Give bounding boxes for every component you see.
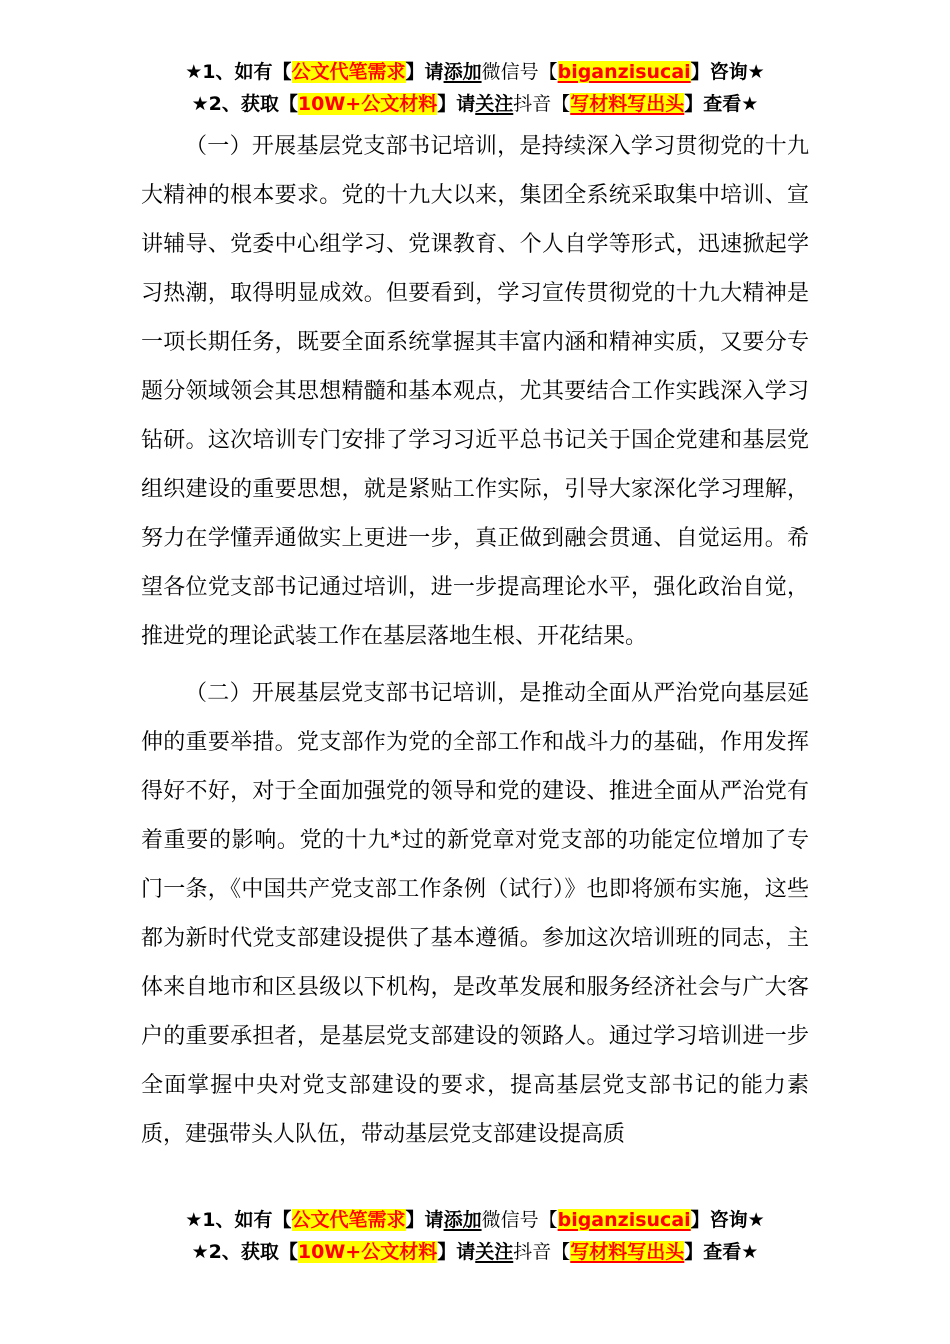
promo-banner-top: ★1、如有【公文代笔需求】请添加微信号【biganzisucai】咨询★ ★2、… — [0, 56, 950, 120]
banner-prefix: ★2、获取【 — [192, 1241, 298, 1263]
service-highlight: 公文代笔需求 — [292, 61, 406, 83]
banner-suffix: 】查看★ — [684, 1241, 758, 1263]
banner-suffix: 】查看★ — [684, 93, 758, 115]
banner-mid: 】请 — [406, 1209, 444, 1231]
paragraph-2: （二）开展基层党支部书记培训，是推动全面从严治党向基层延伸的重要举措。党支部作为… — [141, 669, 809, 1159]
banner-mid: 】请 — [406, 61, 444, 83]
promo-banner-line-1: ★1、如有【公文代笔需求】请添加微信号【biganzisucai】咨询★ — [0, 1204, 950, 1236]
wechat-id-highlight: biganzisucai — [558, 1209, 691, 1231]
paragraph-1: （一）开展基层党支部书记培训，是持续深入学习贯彻党的十九大精神的根本要求。党的十… — [141, 122, 809, 661]
promo-banner-line-2: ★2、获取【10W+公文材料】请关注抖音【写材料写出头】查看★ — [0, 88, 950, 120]
follow-action-underlined: 关注 — [475, 1241, 513, 1263]
wechat-id-highlight: biganzisucai — [558, 61, 691, 83]
promo-banner-line-1: ★1、如有【公文代笔需求】请添加微信号【biganzisucai】咨询★ — [0, 56, 950, 88]
add-action-underlined: 添加 — [444, 1209, 482, 1231]
promo-banner-line-2: ★2、获取【10W+公文材料】请关注抖音【写材料写出头】查看★ — [0, 1236, 950, 1268]
douyin-account-highlight: 写材料写出头 — [570, 93, 684, 115]
banner-suffix: 】咨询★ — [691, 61, 765, 83]
banner-mid: 】请 — [437, 1241, 475, 1263]
banner-mid-thin: 抖音【 — [513, 93, 570, 115]
add-action-underlined: 添加 — [444, 61, 482, 83]
banner-suffix: 】咨询★ — [691, 1209, 765, 1231]
banner-mid: 】请 — [437, 93, 475, 115]
banner-mid-thin: 微信号【 — [482, 61, 558, 83]
douyin-account-highlight: 写材料写出头 — [570, 1241, 684, 1263]
banner-mid-thin: 微信号【 — [482, 1209, 558, 1231]
service-highlight: 公文代笔需求 — [292, 1209, 406, 1231]
banner-mid-thin: 抖音【 — [513, 1241, 570, 1263]
follow-action-underlined: 关注 — [475, 93, 513, 115]
materials-highlight: 10W+公文材料 — [298, 93, 437, 115]
document-page: ★1、如有【公文代笔需求】请添加微信号【biganzisucai】咨询★ ★2、… — [0, 0, 950, 1344]
banner-prefix: ★1、如有【 — [185, 61, 291, 83]
document-body: （一）开展基层党支部书记培训，是持续深入学习贯彻党的十九大精神的根本要求。党的十… — [141, 122, 809, 1167]
banner-prefix: ★1、如有【 — [185, 1209, 291, 1231]
materials-highlight: 10W+公文材料 — [298, 1241, 437, 1263]
banner-prefix: ★2、获取【 — [192, 93, 298, 115]
promo-banner-bottom: ★1、如有【公文代笔需求】请添加微信号【biganzisucai】咨询★ ★2、… — [0, 1204, 950, 1268]
